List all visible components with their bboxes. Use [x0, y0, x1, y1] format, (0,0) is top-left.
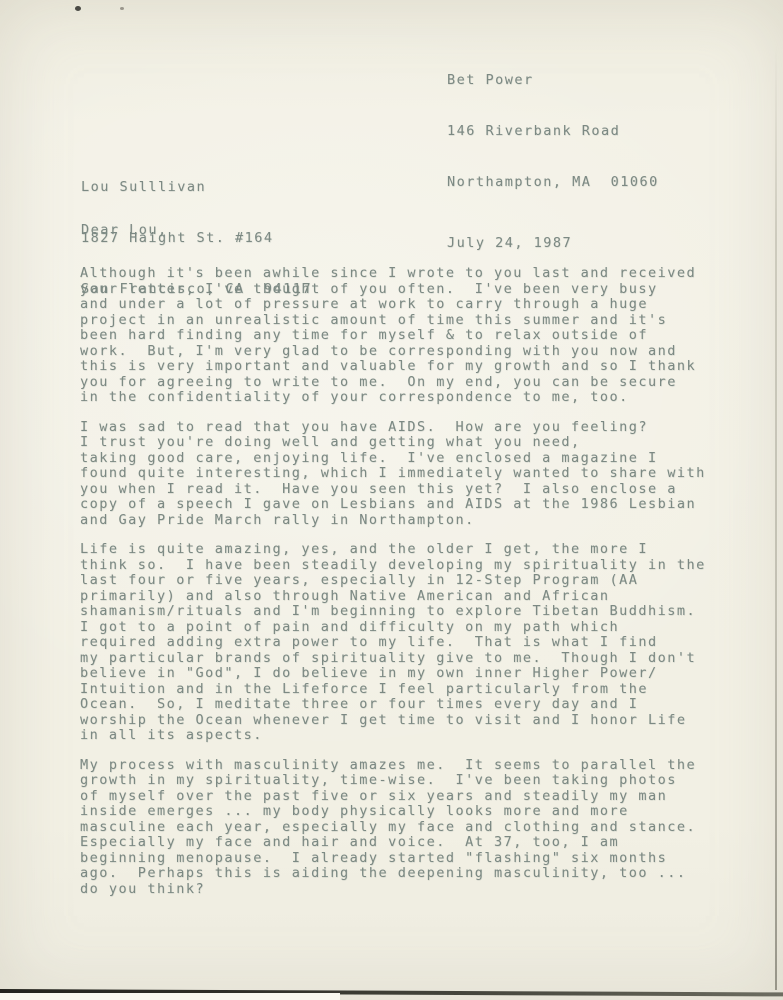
- letter-line: you when I read it. Have you seen this y…: [80, 482, 706, 498]
- scan-right-edge-line: [775, 45, 777, 990]
- letter-line: Life is quite amazing, yes, and the olde…: [80, 542, 706, 558]
- letter-line: inside emerges ... my body physically lo…: [80, 804, 706, 820]
- letter-line: and under a lot of pressure at work to c…: [80, 297, 706, 313]
- letter-line: required adding extra power to my life. …: [80, 635, 706, 651]
- letter-line: primarily) and also through Native Ameri…: [80, 589, 706, 605]
- letter-line: taking good care, enjoying life. I've en…: [80, 451, 706, 467]
- paragraph: I was sad to read that you have AIDS. Ho…: [80, 420, 706, 529]
- sender-city-state-zip: Northampton, MA 01060: [447, 174, 659, 191]
- letter-line: Ocean. So, I meditate three or four time…: [80, 697, 706, 713]
- letter-line: and Gay Pride March rally in Northampton…: [80, 513, 706, 529]
- letter-line: masculine each year, especially my face …: [80, 820, 706, 836]
- letter-line: think so. I have been steadily developin…: [80, 558, 706, 574]
- letter-line: in all its aspects.: [80, 728, 706, 744]
- letter-date: July 24, 1987: [447, 235, 659, 252]
- letter-line: growth in my spirituality, time-wise. I'…: [80, 773, 706, 789]
- scanned-letter-page: Bet Power 146 Riverbank Road Northampton…: [0, 0, 783, 1000]
- letter-line: in the confidentiality of your correspon…: [80, 390, 706, 406]
- salutation: Dear Lou,: [81, 222, 168, 239]
- letter-line: you for agreeing to write to me. On my e…: [80, 375, 706, 391]
- letter-line: ago. Perhaps this is aiding the deepenin…: [80, 866, 706, 882]
- letter-line: copy of a speech I gave on Lesbians and …: [80, 497, 706, 513]
- letter-line: work. But, I'm very glad to be correspon…: [80, 344, 706, 360]
- sender-name: Bet Power: [447, 72, 659, 89]
- letter-line: I was sad to read that you have AIDS. Ho…: [80, 420, 706, 436]
- paragraph: Life is quite amazing, yes, and the olde…: [80, 542, 706, 744]
- letter-line: last four or five years, especially in 1…: [80, 573, 706, 589]
- scan-bottom-light-area: [0, 993, 340, 1000]
- letter-line: been hard finding any time for myself & …: [80, 328, 706, 344]
- letter-line: worship the Ocean whenever I get time to…: [80, 713, 706, 729]
- letter-line: beginning menopause. I already started "…: [80, 851, 706, 867]
- sender-address-block: Bet Power 146 Riverbank Road Northampton…: [447, 38, 659, 286]
- letter-line: believe in "God", I do believe in my own…: [80, 666, 706, 682]
- letter-line: of myself over the past five or six year…: [80, 789, 706, 805]
- letter-line: do you think?: [80, 882, 706, 898]
- paragraph: Although it's been awhile since I wrote …: [80, 266, 706, 406]
- letter-line: shamanism/rituals and I'm beginning to e…: [80, 604, 706, 620]
- letter-line: my particular brands of spirituality giv…: [80, 651, 706, 667]
- letter-line: My process with masculinity amazes me. I…: [80, 758, 706, 774]
- recipient-name: Lou Sulllivan: [81, 179, 312, 196]
- letter-line: I trust you're doing well and getting wh…: [80, 435, 706, 451]
- letter-body: Although it's been awhile since I wrote …: [80, 266, 706, 911]
- scan-speck-icon: [120, 7, 124, 10]
- letter-line: your letter, I've thought of you often. …: [80, 282, 706, 298]
- letter-line: project in an unrealistic amount of time…: [80, 313, 706, 329]
- letter-line: Intuition and in the Lifeforce I feel pa…: [80, 682, 706, 698]
- letter-line: Especially my face and hair and voice. A…: [80, 835, 706, 851]
- scan-speck-icon: [75, 6, 81, 11]
- paragraph: My process with masculinity amazes me. I…: [80, 758, 706, 898]
- letter-line: this is very important and valuable for …: [80, 359, 706, 375]
- letter-line: found quite interesting, which I immedia…: [80, 466, 706, 482]
- letter-line: Although it's been awhile since I wrote …: [80, 266, 706, 282]
- sender-street: 146 Riverbank Road: [447, 123, 659, 140]
- letter-line: I got to a point of pain and difficulty …: [80, 620, 706, 636]
